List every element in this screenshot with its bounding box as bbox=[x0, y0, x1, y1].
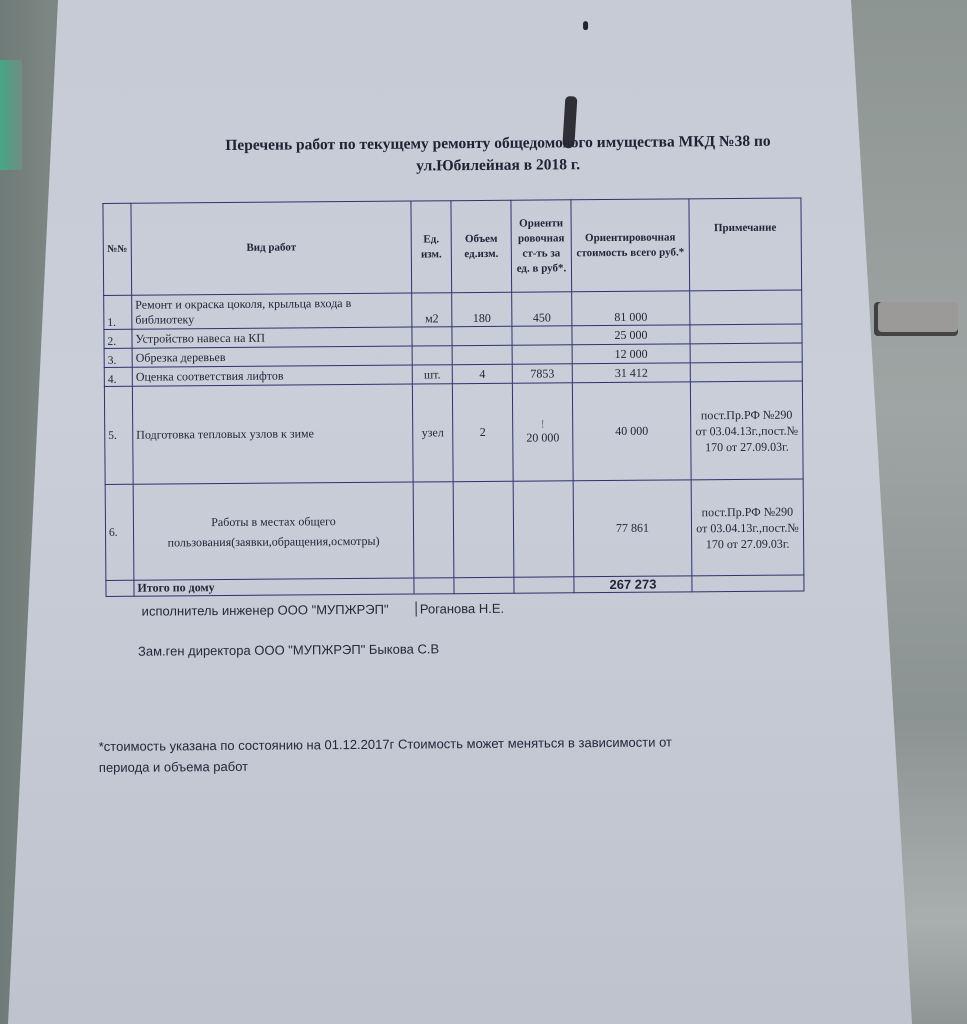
table-row: 5. Подготовка тепловых узлов к зиме узел… bbox=[104, 381, 803, 484]
header-total: Ориентировочная стоимость всего руб.* bbox=[571, 199, 690, 292]
deputy-signature: Зам.ген директора ООО "МУПЖРЭП" Быкова С… bbox=[138, 641, 439, 658]
works-table: №№ Вид работ Ед. изм. Объем ед.изм. Орие… bbox=[102, 197, 804, 596]
document-content: Перечень работ по текущему ремонту общед… bbox=[0, 0, 967, 1024]
pen-mark: ! bbox=[516, 419, 569, 430]
executor-name: Роганова Н.Е. bbox=[416, 601, 504, 617]
total-label: Итого по дому bbox=[134, 578, 414, 596]
executor-signature: исполнитель инженер ООО "МУПЖРЭП" Рогано… bbox=[142, 601, 505, 619]
total-value: 267 273 bbox=[574, 576, 692, 593]
header-name: Вид работ bbox=[131, 201, 412, 295]
header-volume: Объем ед.изм. bbox=[451, 200, 512, 292]
document-title: Перечень работ по текущему ремонту общед… bbox=[148, 130, 848, 179]
header-num: №№ bbox=[103, 203, 132, 295]
header-unit-price: Ориенти ровочная ст-ть за ед. в руб*. bbox=[511, 200, 572, 292]
header-unit: Ед. изм. bbox=[411, 201, 452, 293]
table-row: 1. Ремонт и окраска цоколя, крыльца вход… bbox=[104, 290, 802, 329]
table-header-row: №№ Вид работ Ед. изм. Объем ед.изм. Орие… bbox=[103, 198, 802, 295]
table-row: 6. Работы в местах общего пользования(за… bbox=[105, 479, 804, 580]
ink-spot bbox=[583, 21, 588, 30]
footnote: *стоимость указана по состоянию на 01.12… bbox=[99, 732, 673, 779]
header-note: Примечание bbox=[689, 198, 802, 291]
